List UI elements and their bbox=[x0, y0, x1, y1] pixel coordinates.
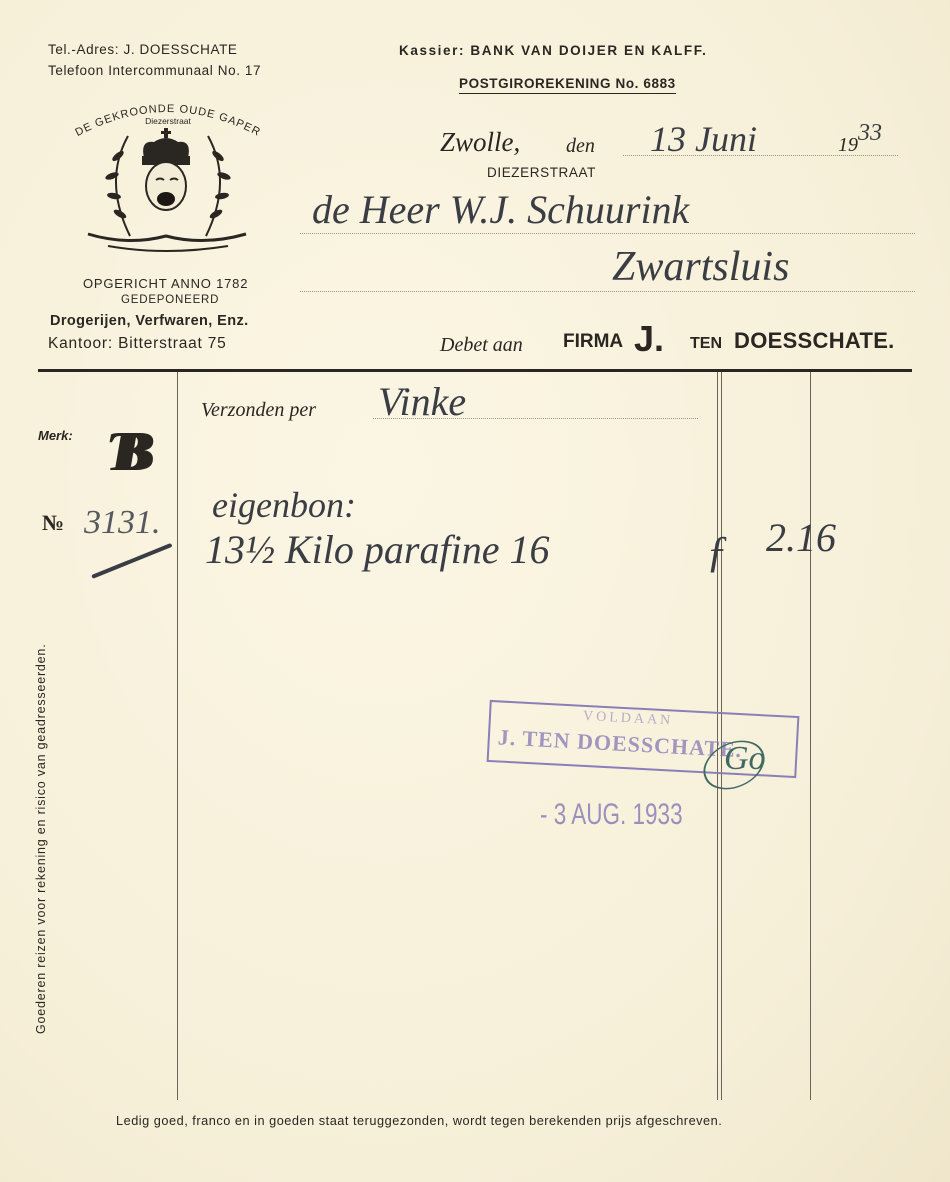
debit-label: Debet aan bbox=[440, 334, 523, 357]
footer-note: Ledig goed, franco en in goeden staat te… bbox=[116, 1114, 722, 1128]
bank-info: Kassier: BANK VAN DOIJER EN KALFF. bbox=[399, 43, 707, 58]
number-stroke bbox=[91, 543, 172, 579]
business-goods: Drogerijen, Verfwaren, Enz. bbox=[50, 313, 249, 329]
office-address: Kantoor: Bitterstraat 75 bbox=[48, 335, 227, 353]
recipient-line-2 bbox=[300, 291, 915, 292]
registered-mark: GEDEPONEERD bbox=[121, 294, 219, 306]
item-heading: eigenbon: bbox=[212, 484, 356, 526]
company-logo: DE GEKROONDE OUDE GAPER Diezerstraat bbox=[68, 96, 268, 266]
street-name: DIEZERSTRAAT bbox=[487, 165, 596, 180]
stamp-firm-name: J. TEN DOESSCHATE. bbox=[497, 724, 743, 763]
shipped-via-label: Verzonden per bbox=[201, 399, 316, 422]
item-amount: 2.16 bbox=[766, 514, 836, 561]
initials-value: Go bbox=[724, 740, 766, 778]
recipient-line-1 bbox=[300, 233, 915, 234]
invoice-paper: Tel.-Adres: J. DOESSCHATE Telefoon Inter… bbox=[0, 0, 950, 1182]
stamp-date: - 3 AUG. 1933 bbox=[540, 798, 683, 832]
telephone-number: Telefoon Intercommunaal No. 17 bbox=[48, 63, 261, 78]
crowned-gaper-icon: DE GEKROONDE OUDE GAPER Diezerstraat bbox=[68, 96, 268, 266]
left-column-line bbox=[177, 372, 178, 1100]
city-name: Zwolle, bbox=[440, 127, 520, 158]
right-column-line bbox=[810, 372, 811, 1100]
firma-ten: TEN bbox=[690, 335, 722, 353]
side-note: Goederen reizen voor rekening en risico … bbox=[34, 644, 48, 1034]
firma-name: DOESSCHATE. bbox=[734, 328, 895, 354]
established-year: OPGERICHT ANNO 1782 bbox=[83, 276, 248, 291]
year-prefix: 19 bbox=[838, 134, 858, 157]
postgiro-account: POSTGIROREKENING No. 6883 bbox=[459, 76, 676, 94]
header-rule bbox=[38, 369, 912, 372]
item-description: 13½ Kilo parafine 16 bbox=[205, 526, 549, 573]
telegraph-address: Tel.-Adres: J. DOESSCHATE bbox=[48, 42, 238, 57]
firma-label: FIRMA bbox=[563, 331, 623, 353]
handwritten-date: 13 Juni bbox=[650, 118, 757, 160]
currency-symbol: ƒ bbox=[706, 526, 728, 577]
brand-mark: ƁB bbox=[108, 420, 125, 484]
invoice-number: 3131. bbox=[84, 504, 161, 542]
firma-initial: J. bbox=[634, 318, 664, 360]
shipped-via-value: Vinke bbox=[378, 378, 466, 425]
number-label: № bbox=[42, 510, 64, 536]
svg-text:Diezerstraat: Diezerstraat bbox=[145, 116, 191, 126]
stamp-paid-label: VOLDAAN bbox=[583, 709, 674, 730]
handwritten-year-suffix: 33 bbox=[858, 120, 882, 147]
date-den-label: den bbox=[566, 135, 595, 158]
mark-label: Merk: bbox=[38, 428, 73, 443]
recipient-name: de Heer W.J. Schuurink bbox=[312, 186, 689, 233]
recipient-town: Zwartsluis bbox=[612, 243, 789, 291]
